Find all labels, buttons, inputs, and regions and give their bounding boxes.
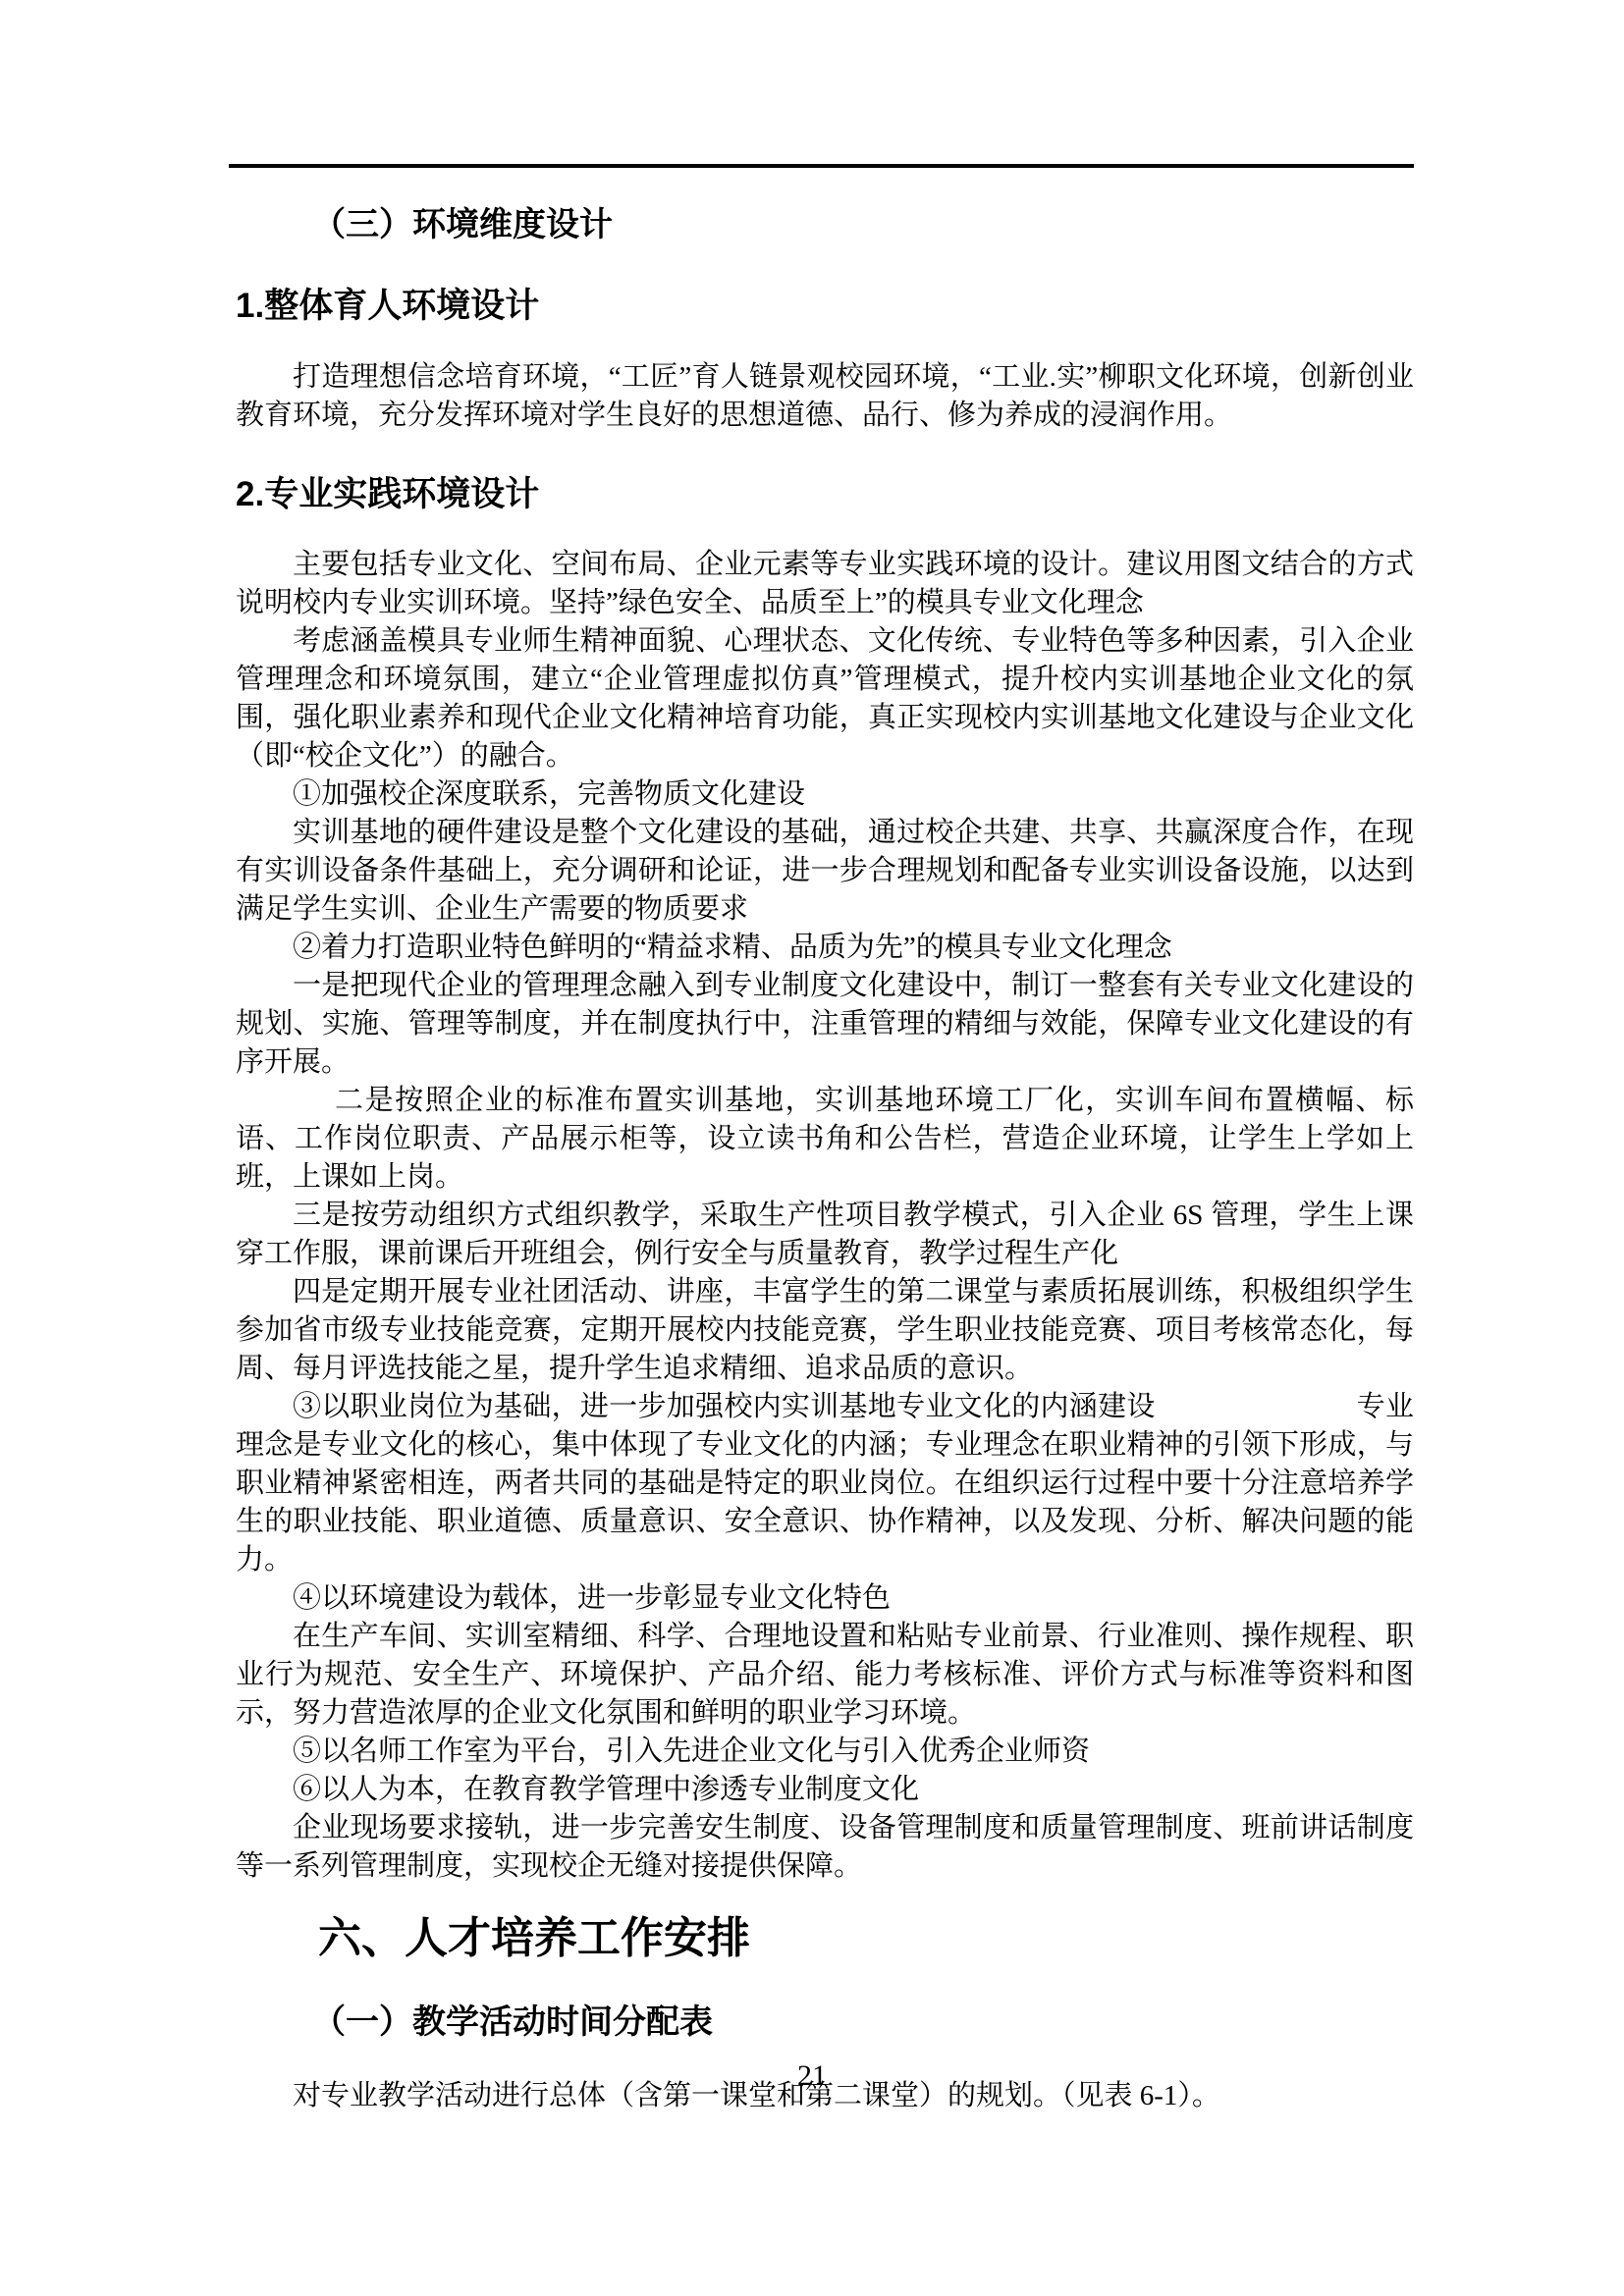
paragraph-fourth-club-activities: 四是定期开展专业社团活动、讲座，丰富学生的第二课堂与素质拓展训练，积极组织学生参…	[236, 1273, 1414, 1388]
chapter-heading-talent-training-arrangement: 六、人才培养工作安排	[236, 1911, 1414, 1965]
paragraph-third-labor-organization-teaching: 三是按劳动组织方式组织教学，采取生产性项目教学模式，引入企业 6S 管理，学生上…	[236, 1197, 1414, 1273]
document-page: （三）环境维度设计 1.整体育人环境设计 打造理想信念培育环境，“工匠”育人链景…	[0, 0, 1624, 2296]
paragraph-item2-professional-culture-concept: ②着力打造职业特色鲜明的“精益求精、品质为先”的模具专业文化理念	[236, 929, 1414, 967]
paragraph-practice-environment-design: 主要包括专业文化、空间布局、企业元素等专业实践环境的设计。建议用图文结合的方式说…	[236, 546, 1414, 622]
header-rule	[229, 164, 1414, 168]
page-number: 21	[0, 2059, 1624, 2093]
document-content: （三）环境维度设计 1.整体育人环境设计 打造理想信念培育环境，“工匠”育人链景…	[236, 0, 1414, 2115]
paragraph-item4-environment-construction: ④以环境建设为载体，进一步彰显专业文化特色	[236, 1579, 1414, 1618]
paragraph-ideal-belief-environment: 打造理想信念培育环境，“工匠”育人链景观校园环境，“工业.实”柳职文化环境，创新…	[236, 358, 1414, 435]
paragraph-item1-strengthen-school-enterprise: ①加强校企深度联系，完善物质文化建设	[236, 775, 1414, 814]
sub-heading-overall-education-environment: 1.整体育人环境设计	[236, 284, 1414, 329]
paragraph-enterprise-site-requirements: 企业现场要求接轨，进一步完善安生制度、设备管理制度和质量管理制度、班前讲话制度等…	[236, 1809, 1414, 1886]
paragraph-mold-culture-factors: 考虑涵盖模具专业师生精神面貌、心理状态、文化传统、专业特色等多种因素，引入企业管…	[236, 622, 1414, 775]
paragraph-first-management-concept: 一是把现代企业的管理理念融入到专业制度文化建设中，制订一整套有关专业文化建设的规…	[236, 967, 1414, 1082]
paragraph-second-enterprise-standard-layout: 二是按照企业的标准布置实训基地，实训基地环境工厂化，实训车间布置横幅、标语、工作…	[236, 1082, 1414, 1197]
paragraph-workshop-posting-materials: 在生产车间、实训室精细、科学、合理地设置和粘贴专业前景、行业准则、操作规程、职业…	[236, 1618, 1414, 1733]
paragraph-item3-job-position-basis: ③以职业岗位为基础，进一步加强校内实训基地专业文化的内涵建设 专业理念是专业文化…	[236, 1388, 1414, 1579]
section-heading-environment-dimension-design: （三）环境维度设计	[236, 203, 1414, 246]
paragraph-training-base-hardware: 实训基地的硬件建设是整个文化建设的基础，通过校企共建、共享、共赢深度合作，在现有…	[236, 814, 1414, 929]
section-heading-teaching-activity-time-table: （一）教学活动时间分配表	[236, 2001, 1414, 2044]
paragraph-item6-people-oriented: ⑥以人为本，在教育教学管理中渗透专业制度文化	[236, 1771, 1414, 1809]
paragraph-item5-master-studio-platform: ⑤以名师工作室为平台，引入先进企业文化与引入优秀企业师资	[236, 1733, 1414, 1771]
sub-heading-professional-practice-environment: 2.专业实践环境设计	[236, 472, 1414, 517]
